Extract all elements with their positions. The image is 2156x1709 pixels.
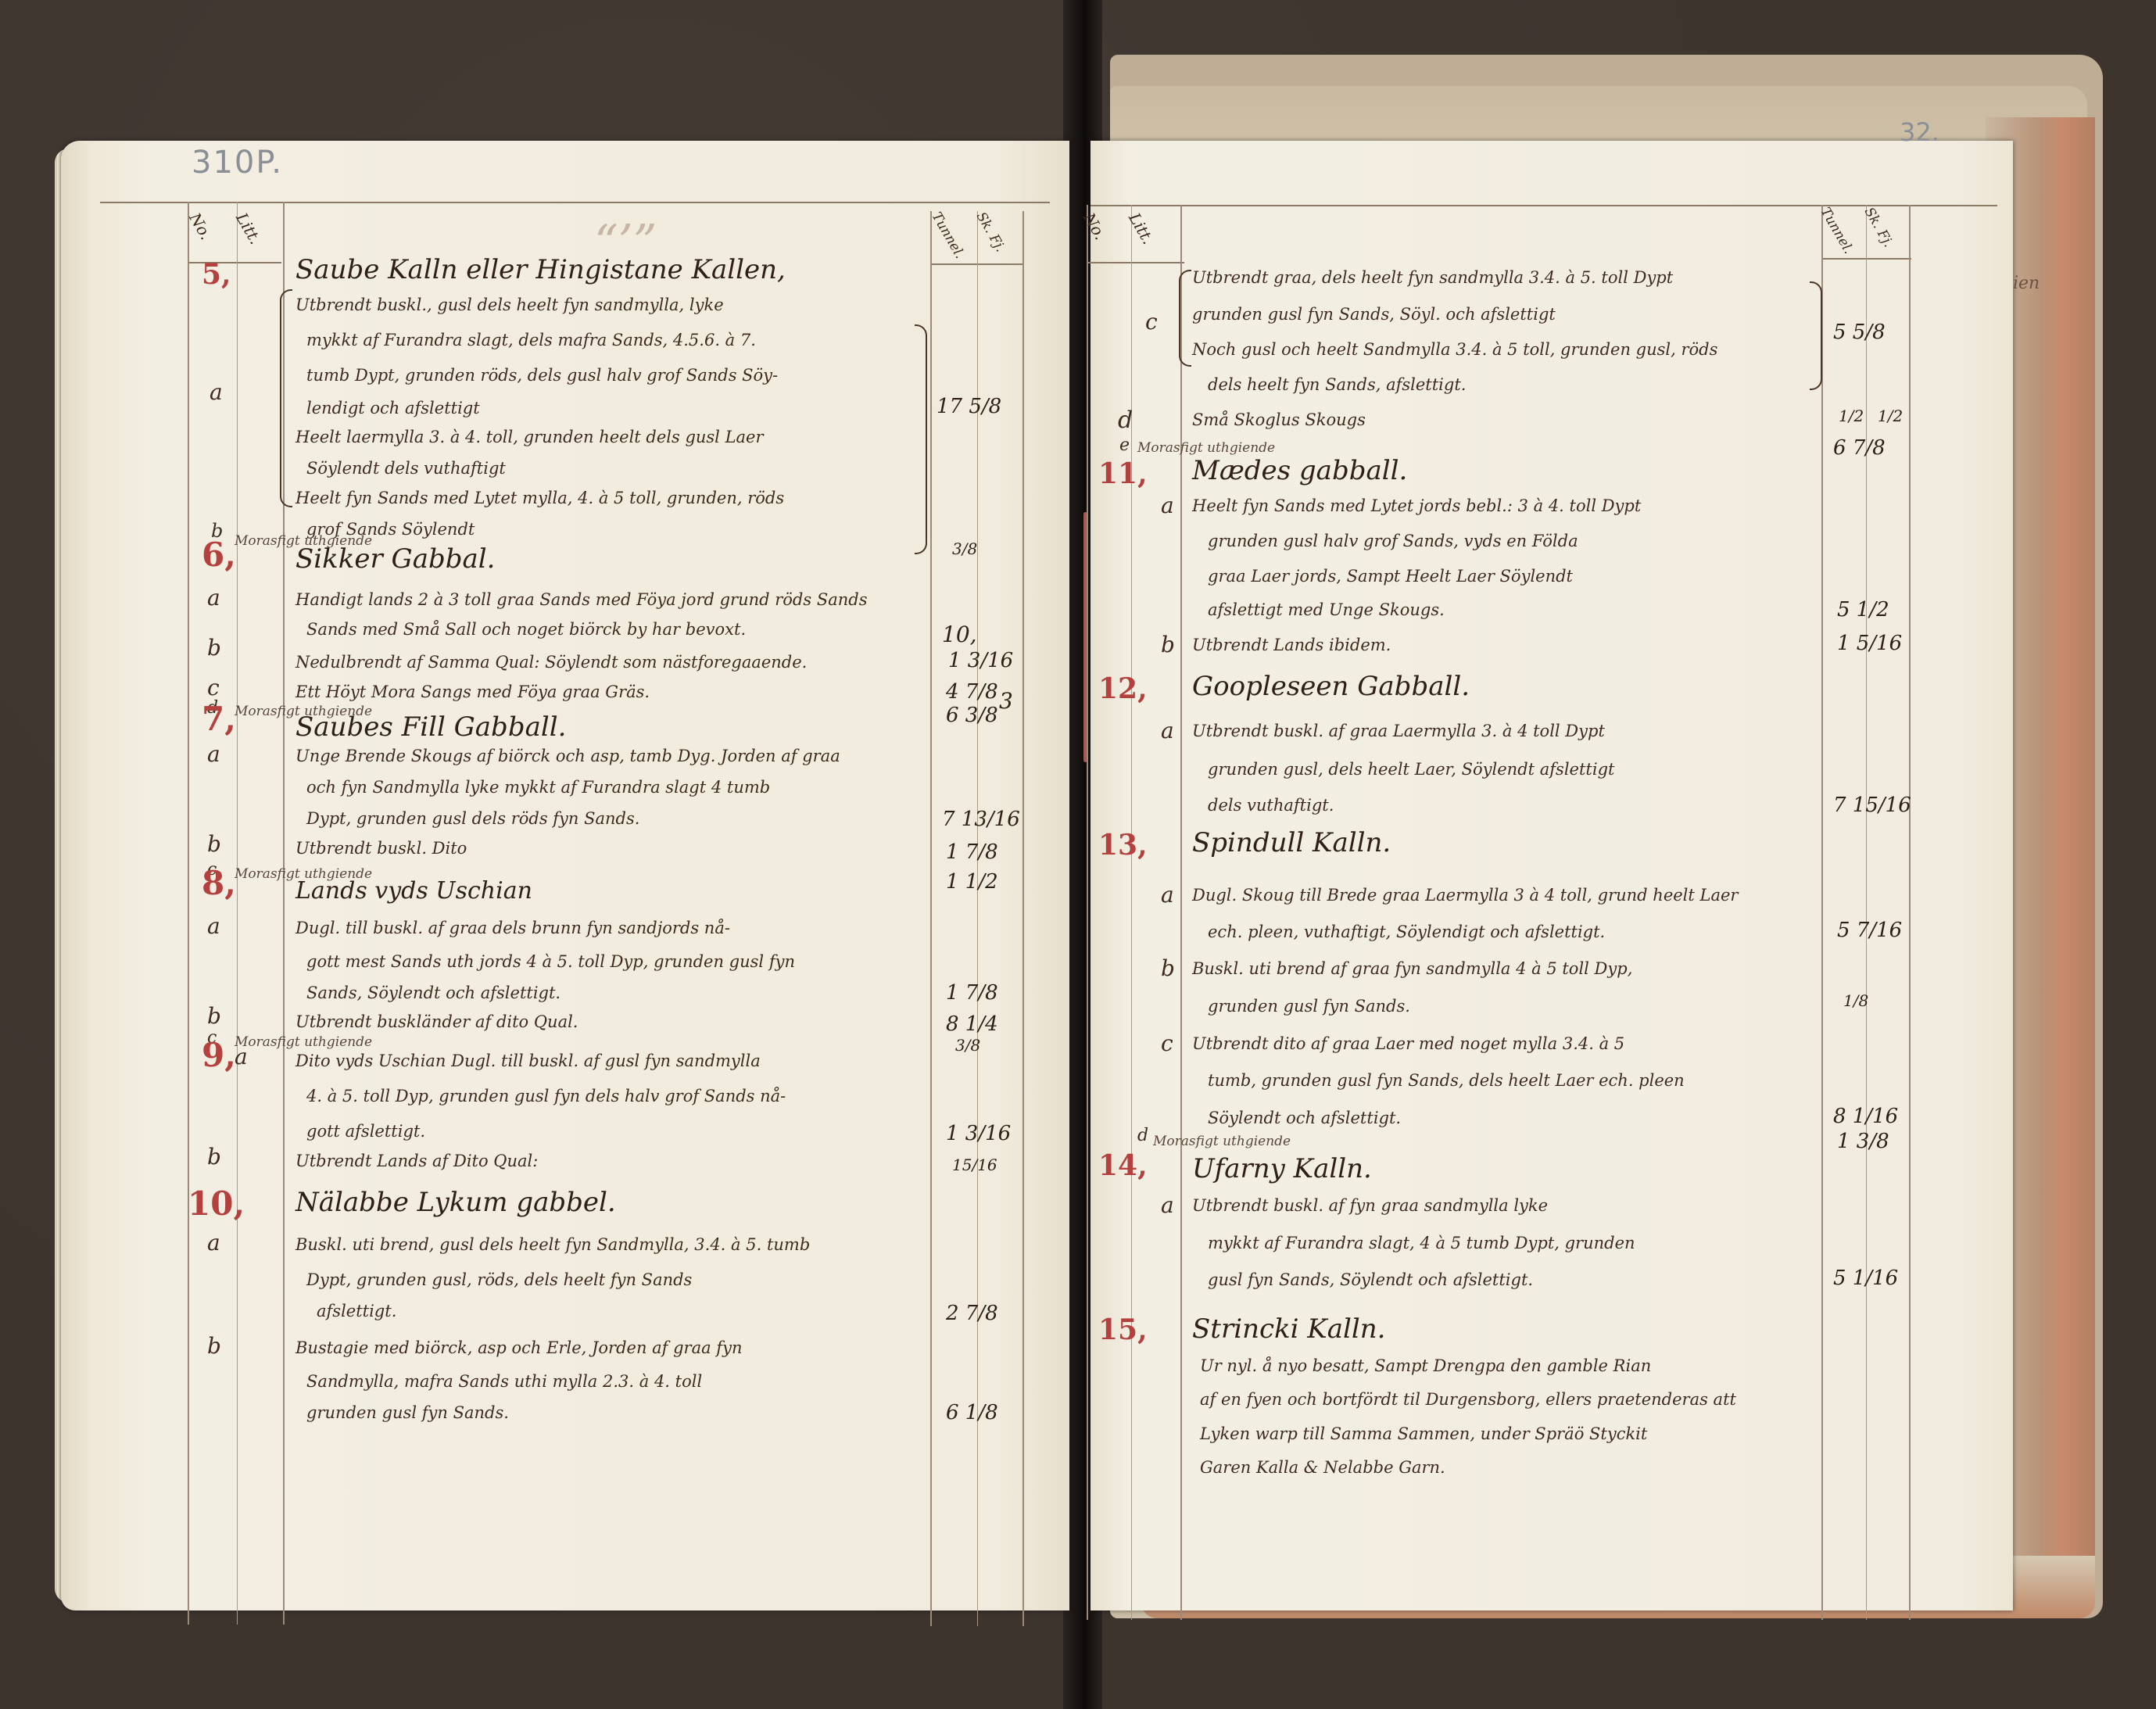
entry-number: 11, — [1098, 457, 1148, 490]
entry-title: Mædes gabball. — [1192, 455, 1407, 486]
left-brace — [1179, 270, 1191, 367]
left-col-end-rule — [1022, 211, 1024, 1626]
entry-line: 4. à 5. toll Dyp, grunden gusl fyn dels … — [306, 1087, 786, 1105]
tunneland-value: 15/16 — [952, 1155, 997, 1174]
entry-number: 8, — [202, 864, 236, 902]
skjeppe-value: 1/2 — [1878, 407, 1903, 425]
entry-line: Dypt, grunden gusl dels röds fyn Sands. — [306, 809, 639, 828]
entry-line: Garen Kalla & Nelabbe Garn. — [1200, 1458, 1445, 1477]
entry-line: Lyken warp till Samma Sammen, under Sprä… — [1200, 1424, 1647, 1443]
entry-litt: a — [210, 379, 223, 405]
entry-line: grunden gusl halv grof Sands, vyds en Fö… — [1208, 532, 1578, 550]
entry-line: Dugl. till buskl. af graa dels brunn fyn… — [295, 919, 730, 937]
entry-line: Buskl. uti brend af graa fyn sandmylla 4… — [1192, 959, 1632, 978]
entry-litt: b — [1161, 955, 1175, 981]
entry-line: gott afslettigt. — [306, 1122, 425, 1141]
tunneland-value: 3/8 — [955, 1036, 980, 1055]
entry-line: grunden gusl fyn Sands, Söyl. och afslet… — [1192, 305, 1556, 324]
right-col-end-rule — [1909, 205, 1911, 1620]
entry-line: Sands med Små Sall och noget biörck by h… — [306, 620, 746, 639]
left-col-no-rule — [188, 202, 189, 1625]
tunneland-value: 1/2 — [1839, 407, 1864, 425]
tunneland-value: 5 1/16 — [1833, 1267, 1898, 1290]
tunneland-value: 5 1/2 — [1837, 598, 1889, 622]
entry-line: Morasfigt uthgiende — [1153, 1134, 1291, 1149]
entry-line: Heelt fyn Sands med Lytet jords bebl.: 3… — [1192, 496, 1641, 515]
right-col-text-rule — [1180, 205, 1182, 1620]
entry-line: lendigt och afslettigt — [306, 399, 480, 417]
entry-line: Morasfigt uthgiende — [1137, 440, 1275, 456]
entry-number: 9, — [202, 1036, 236, 1074]
tunneland-value: 8 1/4 — [946, 1012, 998, 1036]
right-header-top-rule — [1091, 205, 1997, 206]
tunneland-value: 8 1/16 — [1833, 1105, 1898, 1128]
entry-line: Nedulbrendt af Samma Qual: Söylendt som … — [295, 653, 807, 672]
entry-title: Sikker Gabbal. — [295, 543, 495, 575]
left-folio-number: 310P. — [192, 145, 283, 181]
right-col-skjeppe-rule — [1866, 205, 1867, 1620]
entry-litt: c — [1161, 1030, 1173, 1056]
entry-line: mykkt af Furandra slagt, dels mafra Sand… — [306, 331, 756, 349]
entry-litt: c — [1145, 309, 1158, 335]
entry-line: grunden gusl, dels heelt Laer, Söylendt … — [1208, 760, 1614, 779]
entry-line: Noch gusl och heelt Sandmylla 3.4. à 5 t… — [1192, 340, 1717, 359]
entry-title: Goopleseen Gabball. — [1192, 671, 1470, 702]
entry-line: Sandmylla, mafra Sands uthi mylla 2.3. à… — [306, 1372, 702, 1391]
right-brace — [1810, 281, 1822, 390]
entry-litt: a — [235, 1044, 248, 1069]
entry-litt: b — [207, 1003, 221, 1029]
entry-number: 13, — [1098, 829, 1148, 862]
entry-title: Strincki Kalln. — [1192, 1313, 1385, 1345]
tunneland-value: 10, — [942, 622, 977, 647]
entry-line: och fyn Sandmylla lyke mykkt af Furandra… — [306, 778, 770, 797]
entry-line: Utbrendt dito af graa Laer med noget myl… — [1192, 1034, 1624, 1053]
entry-line: Utbrendt buskl. af fyn graa sandmylla ly… — [1192, 1196, 1548, 1215]
entry-line: tumb Dypt, grunden röds, dels gusl halv … — [306, 366, 778, 385]
entry-litt: b — [207, 1144, 221, 1170]
right-col-tunneland-rule — [1821, 205, 1823, 1620]
entry-litt: a — [207, 1230, 220, 1256]
tunneland-value: 1 1/2 — [946, 870, 998, 894]
tunneland-value: 1 5/16 — [1837, 632, 1902, 655]
tunneland-value: 1 3/16 — [948, 649, 1013, 672]
entry-title: Saube Kalln eller Hingistane Kallen, — [295, 254, 786, 285]
tunneland-value: 4 7/8 — [946, 680, 998, 704]
entry-title: Lands vyds Uschian — [295, 877, 532, 905]
left-col-litt-rule — [237, 202, 238, 1625]
entry-line: Ett Höyt Mora Sangs med Föya graa Gräs. — [295, 683, 650, 701]
tunneland-value: 17 5/8 — [937, 395, 1001, 418]
margin-note: ien — [2013, 274, 2040, 293]
entry-title: Ufarny Kalln. — [1192, 1153, 1372, 1184]
entry-line: Små Skoglus Skougs — [1192, 410, 1366, 429]
skjeppe-value: 3 — [999, 688, 1013, 714]
entry-number: 12, — [1098, 672, 1148, 705]
entry-line: gusl fyn Sands, Söylendt och afslettigt. — [1208, 1270, 1533, 1289]
entry-title: Saubes Fill Gabball. — [295, 711, 566, 743]
entry-line: Sands, Söylendt och afslettigt. — [306, 983, 560, 1002]
entry-line: Heelt laermylla 3. à 4. toll, grunden he… — [295, 428, 764, 446]
entry-litt: a — [1161, 1192, 1174, 1218]
tunneland-value: 6 7/8 — [1833, 436, 1886, 460]
tunneland-value: 7 13/16 — [942, 808, 1020, 831]
entry-line: Handigt lands 2 à 3 toll graa Sands med … — [295, 590, 867, 609]
entry-line: Utbrendt Lands af Dito Qual: — [295, 1152, 538, 1170]
entry-line: af en fyen och bortfördt til Durgensborg… — [1200, 1390, 1736, 1409]
entry-line: mykkt af Furandra slagt, 4 à 5 tumb Dypt… — [1208, 1234, 1635, 1252]
entry-line: dels vuthaftigt. — [1208, 796, 1334, 815]
left-col-tunneland-rule — [930, 211, 932, 1626]
entry-line: Utbrendt Lands ibidem. — [1192, 636, 1391, 654]
entry-litt: a — [1161, 493, 1174, 518]
entry-number: 14, — [1098, 1149, 1148, 1182]
entry-line: Bustagie med biörck, asp och Erle, Jorde… — [295, 1338, 742, 1357]
entry-line: Utbrendt buskl., gusl dels heelt fyn san… — [295, 296, 724, 314]
entry-litt: a — [207, 585, 220, 611]
tunneland-value: 2 7/8 — [946, 1302, 998, 1325]
entry-line: tumb, grunden gusl fyn Sands, dels heelt… — [1208, 1071, 1685, 1090]
tunneland-value: 1 3/16 — [946, 1122, 1011, 1145]
tunneland-value: 5 7/16 — [1837, 919, 1902, 942]
entry-line: Heelt fyn Sands med Lytet mylla, 4. à 5 … — [295, 489, 784, 507]
entry-title: Spindull Kalln. — [1192, 827, 1391, 858]
entry-number: 10, — [188, 1184, 245, 1223]
tunneland-value: 5 5/8 — [1833, 321, 1886, 344]
entry-line: Dito vyds Uschian Dugl. till buskl. af g… — [295, 1052, 761, 1070]
entry-line: afslettigt med Unge Skougs. — [1208, 600, 1445, 619]
entry-line: afslettigt. — [317, 1302, 396, 1320]
entry-line: Söylendt och afslettigt. — [1208, 1109, 1401, 1127]
tunneland-value: 1 7/8 — [946, 840, 998, 864]
entry-line: ech. pleen, vuthaftigt, Söylendigt och a… — [1208, 923, 1605, 941]
entry-litt: b — [207, 1333, 221, 1359]
entry-line: Söylendt dels vuthaftigt — [306, 459, 506, 478]
tunneland-value: 7 15/16 — [1833, 794, 1911, 817]
tunneland-value: 3/8 — [952, 539, 977, 558]
right-folio-number: 32. — [1900, 117, 1939, 147]
entry-litt: d — [1137, 1126, 1148, 1145]
entry-line: gott mest Sands uth jords 4 à 5. toll Dy… — [306, 952, 795, 971]
right-col-no-rule — [1087, 205, 1088, 1620]
entry-number: 6, — [202, 536, 236, 574]
entry-litt: d — [1118, 407, 1133, 434]
entry-line: Buskl. uti brend, gusl dels heelt fyn Sa… — [295, 1235, 810, 1254]
entry-line: Dypt, grunden gusl, röds, dels heelt fyn… — [306, 1270, 692, 1289]
entry-number: 15, — [1098, 1313, 1148, 1346]
entry-line: Utbrendt graa, dels heelt fyn sandmylla … — [1192, 268, 1673, 287]
entry-litt: b — [1161, 632, 1175, 657]
entry-line: graa Laer jords, Sampt Heelt Laer Söylen… — [1208, 567, 1573, 586]
entry-litt: c — [207, 675, 220, 700]
entry-title: Nälabbe Lykum gabbel. — [295, 1187, 616, 1218]
entry-line: Morasfigt uthgiende — [235, 1034, 372, 1050]
right-header-bottom-rule — [1087, 262, 1184, 263]
left-header-top-rule — [100, 202, 1050, 203]
tunneland-value: 1 7/8 — [946, 981, 998, 1005]
right-brace — [915, 324, 927, 554]
entry-line: dels heelt fyn Sands, afslettigt. — [1208, 375, 1466, 394]
entry-line: grunden gusl fyn Sands. — [306, 1403, 509, 1422]
entry-line: Utbrendt buskl. Dito — [295, 839, 467, 858]
entry-line: Ur nyl. å nyo besatt, Sampt Drengpa den … — [1200, 1356, 1651, 1375]
entry-litt: e — [1119, 435, 1130, 455]
tunneland-value: 1 3/8 — [1837, 1130, 1889, 1153]
entry-number: 7, — [202, 700, 236, 738]
entry-litt: a — [1161, 882, 1174, 908]
entry-line: Unge Brende Skougs af biörck och asp, ta… — [295, 747, 840, 765]
tunneland-value: 6 3/8 — [946, 704, 998, 727]
entry-line: Dugl. Skoug till Brede graa Laermylla 3 … — [1192, 886, 1738, 905]
entry-line: grunden gusl fyn Sands. — [1208, 997, 1410, 1016]
entry-number: 5, — [202, 258, 231, 291]
entry-litt: a — [1161, 718, 1174, 743]
entry-litt: b — [207, 831, 221, 857]
entry-litt: b — [207, 635, 221, 661]
left-brace — [280, 289, 292, 507]
entry-line: Utbrendt buskl. af graa Laermylla 3. à 4… — [1192, 722, 1605, 740]
entry-litt: a — [207, 913, 220, 939]
entry-line: Utbrendt buskländer af dito Qual. — [295, 1012, 578, 1031]
tunneland-value: 6 1/8 — [946, 1401, 998, 1424]
entry-litt: a — [207, 741, 220, 767]
tunneland-value: 1/8 — [1843, 991, 1868, 1010]
